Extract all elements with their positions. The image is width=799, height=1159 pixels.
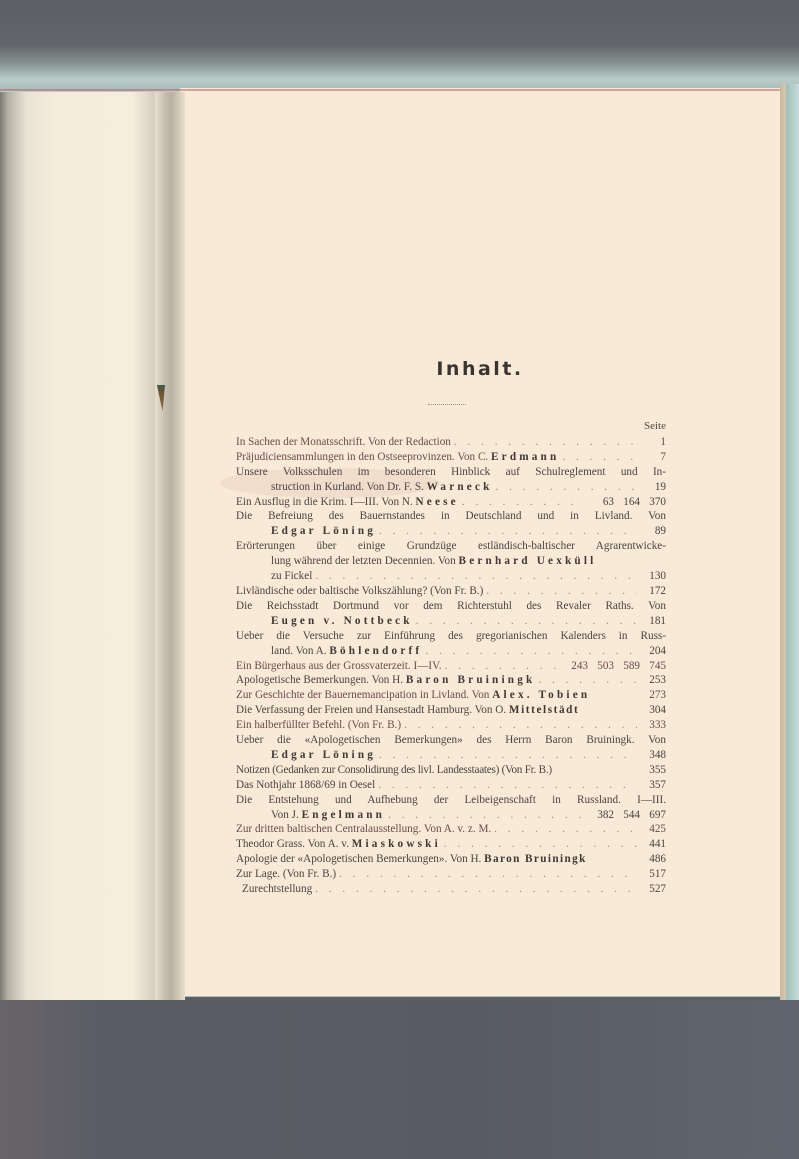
entry-title: Erörterungen über einige Grundzüge estlä…	[236, 539, 666, 554]
page-number: 517	[640, 867, 666, 882]
entry-title: Notizen (Gedanken zur Consolidirung des …	[236, 763, 552, 778]
entry-author: Miaskowski	[352, 838, 441, 850]
page-number: 527	[640, 882, 666, 897]
page-number: 63	[588, 495, 614, 510]
dot-leader: . . . . . . . . . . . . . . . . . . . . …	[416, 614, 637, 629]
entry-title: Ein Ausflug in die Krim. I—III. Von N.	[236, 496, 416, 508]
dot-leader: . . . . . . . . . . . . . . . . . . . . …	[494, 822, 637, 837]
page-number: 441	[640, 837, 666, 852]
toc-entry[interactable]: Zur dritten baltischen Centralausstellun…	[236, 822, 666, 837]
toc-entry[interactable]: Ein Bürgerhaus aus der Grossvaterzeit. I…	[236, 659, 666, 674]
entry-title: Die Verfassung der Freien und Hansestadt…	[236, 704, 509, 716]
left-page	[0, 92, 165, 1000]
entry-title: Die Befreiung des Bauernstandes in Deuts…	[236, 509, 666, 524]
dot-leader: . . . . . . . . . . . . . . . . . . . . …	[315, 882, 637, 897]
entry-author: Eugen v. Nottbeck	[271, 614, 413, 629]
toc-entry[interactable]: Die Befreiung des Bauernstandes in Deuts…	[236, 509, 666, 539]
page-number: 89	[640, 524, 666, 539]
toc-entry[interactable]: Ein Ausflug in die Krim. I—III. Von N. N…	[236, 495, 666, 510]
dot-leader: . . . . . . . . . . . . . . . . . . . . …	[445, 659, 559, 674]
page-title: Inhalt.	[180, 358, 780, 380]
toc-entry[interactable]: Apologetische Bemerkungen. Von H. Baron …	[236, 673, 666, 688]
entry-title: Apologetische Bemerkungen. Von H.	[236, 674, 406, 686]
dot-leader: . . . . . . . . . . . . . . . . . . . . …	[388, 808, 585, 823]
page-number: 7	[640, 450, 666, 465]
entry-author: Neese	[416, 496, 459, 508]
entry-title-cont: Von J.	[271, 809, 302, 821]
toc-entry[interactable]: Zur Lage. (Von Fr. B.). . . . . . . . . …	[236, 867, 666, 882]
page-number: 130	[640, 569, 666, 584]
entry-author: Edgar Löning	[271, 524, 376, 539]
toc-entry[interactable]: Die Reichsstadt Dortmund vor dem Richter…	[236, 599, 666, 629]
column-header-seite: Seite	[236, 419, 666, 434]
dot-leader: . . . . . . . . . . . . . . . . . . . . …	[496, 480, 637, 495]
dot-leader: . . . . . . . . . . . . . . . . . . . . …	[462, 495, 585, 510]
entry-title-cont: land. Von A.	[271, 645, 329, 657]
page-number: 486	[640, 852, 666, 867]
page-number: 273	[640, 688, 666, 703]
entry-title: Unsere Volksschulen im besonderen Hinbli…	[236, 465, 666, 480]
entry-title-cont: struction in Kurland. Von Dr. F. S.	[271, 481, 427, 493]
page-number: 181	[640, 614, 666, 629]
page-number: 370	[640, 495, 666, 510]
entry-title: Apologie der «Apologetischen Bemerkungen…	[236, 853, 484, 865]
page-edge-shadow	[786, 84, 799, 1000]
ornament-divider	[428, 404, 466, 408]
entry-author: Erdmann	[491, 451, 559, 463]
scan-background-bottom	[0, 1000, 799, 1159]
toc-entry[interactable]: Ueber die «Apologetischen Bemerkungen» d…	[236, 733, 666, 763]
page-number: 503	[588, 659, 614, 674]
entry-author: Engelmann	[302, 809, 386, 821]
entry-title: Ueber die «Apologetischen Bemerkungen» d…	[236, 733, 666, 748]
entry-title: Das Nothjahr 1868/69 in Oesel	[236, 778, 375, 793]
dot-leader: . . . . . . . . . . . . . . . . . . . . …	[562, 450, 637, 465]
dot-leader: . . . . . . . . . . . . . . . . . . . . …	[425, 644, 637, 659]
toc-entry[interactable]: Apologie der «Apologetischen Bemerkungen…	[236, 852, 666, 867]
page-number: 357	[640, 778, 666, 793]
entry-author: Böhlendorff	[329, 645, 422, 657]
entry-title: Ein halberfüllter Befehl. (Von Fr. B.)	[236, 718, 401, 733]
page-number: 348	[640, 748, 666, 763]
toc-entry[interactable]: Notizen (Gedanken zur Consolidirung des …	[236, 763, 666, 778]
entry-title: In Sachen der Monatsschrift. Von der Red…	[236, 435, 451, 450]
dot-leader: . . . . . . . . . . . . . . . . . . . . …	[378, 778, 637, 793]
dot-leader: . . . . . . . . . . . . . . . . . . . . …	[538, 673, 637, 688]
page-number: 425	[640, 822, 666, 837]
toc-entry[interactable]: Die Entstehung und Aufhebung der Leibeig…	[236, 793, 666, 823]
page-number: 164	[614, 495, 640, 510]
toc-entry[interactable]: Präjudiciensammlungen in den Ostseeprovi…	[236, 450, 666, 465]
page-number: 243	[562, 659, 588, 674]
toc-entry[interactable]: Zur Geschichte der Bauernemancipation in…	[236, 688, 666, 703]
dot-leader: . . . . . . . . . . . . . . . . . . . . …	[404, 718, 637, 733]
page-number: 745	[640, 659, 666, 674]
entry-title: Ein Bürgerhaus aus der Grossvaterzeit. I…	[236, 659, 442, 674]
toc-entry[interactable]: Das Nothjahr 1868/69 in Oesel. . . . . .…	[236, 778, 666, 793]
toc-entry[interactable]: In Sachen der Monatsschrift. Von der Red…	[236, 435, 666, 450]
entry-title: Zur Lage. (Von Fr. B.)	[236, 867, 336, 882]
entry-title: Die Entstehung und Aufhebung der Leibeig…	[236, 793, 666, 808]
page-number: 204	[640, 644, 666, 659]
entry-author: Alex. Tobien	[492, 689, 590, 701]
entry-title: Zur Geschichte der Bauernemancipation in…	[236, 689, 492, 701]
page-number: 304	[640, 703, 666, 718]
entry-title: Die Reichsstadt Dortmund vor dem Richter…	[236, 599, 666, 614]
page-number: 589	[614, 659, 640, 674]
entry-author: Edgar Löning	[271, 748, 376, 763]
toc-entry[interactable]: Die Verfassung der Freien und Hansestadt…	[236, 703, 666, 718]
toc-entry[interactable]: Ueber die Versuche zur Einführung des gr…	[236, 629, 666, 659]
page-number: 355	[640, 763, 666, 778]
entry-title: Präjudiciensammlungen in den Ostseeprovi…	[236, 451, 491, 463]
toc-entry[interactable]: Zurechtstellung. . . . . . . . . . . . .…	[236, 882, 666, 897]
toc-entry[interactable]: Theodor Grass. Von A. v. Miaskowski. . .…	[236, 837, 666, 852]
dot-leader: . . . . . . . . . . . . . . . . . . . . …	[339, 867, 637, 882]
entry-author: Warneck	[427, 481, 493, 493]
entry-title: Ueber die Versuche zur Einführung des gr…	[236, 629, 666, 644]
entry-title: Zurechtstellung	[242, 882, 312, 897]
page-number: 333	[640, 718, 666, 733]
page-number: 172	[640, 584, 666, 599]
table-of-contents: Seite In Sachen der Monatsschrift. Von d…	[236, 419, 666, 897]
dot-leader: . . . . . . . . . . . . . . . . . . . . …	[454, 435, 637, 450]
entry-author: Mittelstädt	[509, 704, 579, 716]
entry-title: Theodor Grass. Von A. v.	[236, 838, 352, 850]
entry-author: Baron Bruiningk	[406, 674, 536, 686]
toc-entry[interactable]: Ein halberfüllter Befehl. (Von Fr. B.). …	[236, 718, 666, 733]
entry-author-cont: zu Fickel	[271, 569, 312, 584]
entry-title: Livländische oder baltische Volkszählung…	[236, 584, 483, 599]
dot-leader: . . . . . . . . . . . . . . . . . . . . …	[379, 748, 637, 763]
toc-entry[interactable]: Unsere Volksschulen im besonderen Hinbli…	[236, 465, 666, 495]
page-top-edge	[0, 89, 780, 91]
dot-leader: . . . . . . . . . . . . . . . . . . . . …	[486, 584, 637, 599]
dot-leader: . . . . . . . . . . . . . . . . . . . . …	[444, 837, 637, 852]
dot-leader: . . . . . . . . . . . . . . . . . . . . …	[379, 524, 637, 539]
page-number: 544	[614, 808, 640, 823]
book-gutter	[155, 92, 185, 1000]
page-number: 697	[640, 808, 666, 823]
toc-entry[interactable]: Erörterungen über einige Grundzüge estlä…	[236, 539, 666, 584]
entry-author: Baron Bruiningk	[484, 853, 587, 865]
page-number: 382	[588, 808, 614, 823]
page-number: 19	[640, 480, 666, 495]
entry-author: Bernhard Uexküll	[459, 555, 597, 567]
dot-leader: . . . . . . . . . . . . . . . . . . . . …	[315, 569, 637, 584]
scan-background-top	[0, 0, 799, 90]
page-number: 253	[640, 673, 666, 688]
page-number: 1	[640, 435, 666, 450]
entry-title: Zur dritten baltischen Centralausstellun…	[236, 822, 491, 837]
entry-title-cont: lung während der letzten Decennien. Von	[271, 555, 459, 567]
toc-entry[interactable]: Livländische oder baltische Volkszählung…	[236, 584, 666, 599]
